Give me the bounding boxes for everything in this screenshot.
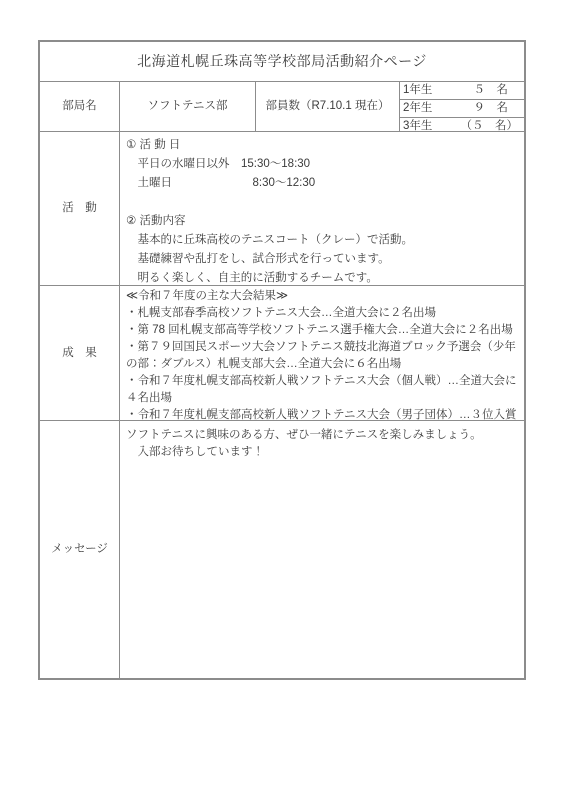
- message-line: 入部お待ちしています！: [126, 444, 519, 461]
- club-name-value: ソフトテニス部: [120, 82, 256, 131]
- activity-line: 土曜日 8:30～12:30: [126, 174, 519, 193]
- member-row-grade1: 1年生 ５ 名: [400, 82, 524, 100]
- member-count-table: 1年生 ５ 名 2年生 ９ 名 3年生 （５ 名）: [400, 82, 524, 131]
- results-line: ・第７９回国民スポーツ大会ソフトテニス競技北海道ブロック予選会（少年の部：ダブル…: [126, 339, 519, 373]
- grade2-label: 2年生: [403, 100, 432, 117]
- activity-line: 明るく楽しく、自主的に活動するチームです。: [126, 269, 519, 285]
- club-info-row: 部局名 ソフトテニス部 部員数（R7.10.1 現在） 1年生 ５ 名 2年生 …: [40, 82, 524, 132]
- member-row-grade2: 2年生 ９ 名: [400, 100, 524, 118]
- results-line: ・札幌支部春季高校ソフトテニス大会…全道大会に２名出場: [126, 305, 519, 322]
- activity-line: ① 活 動 日: [126, 136, 519, 155]
- activity-row: 活 動 ① 活 動 日 平日の水曜日以外 15:30～18:30 土曜日 8:3…: [40, 132, 524, 286]
- grade1-label: 1年生: [403, 82, 432, 99]
- page-title: 北海道札幌丘珠高等学校部局活動紹介ページ: [40, 42, 524, 82]
- document-page: 北海道札幌丘珠高等学校部局活動紹介ページ 部局名 ソフトテニス部 部員数（R7.…: [0, 0, 566, 800]
- activity-label: 活 動: [40, 132, 120, 285]
- message-line: ソフトテニスに興味のある方、ぜひ一緒にテニスを楽しみましょう。: [126, 427, 519, 444]
- results-heading: ≪令和７年度の主な大会結果≫: [126, 288, 519, 305]
- member-count-label: 部員数（R7.10.1 現在）: [256, 82, 400, 131]
- message-label: メッセージ: [40, 421, 120, 678]
- club-name-label: 部局名: [40, 82, 120, 131]
- club-intro-table: 北海道札幌丘珠高等学校部局活動紹介ページ 部局名 ソフトテニス部 部員数（R7.…: [38, 40, 526, 680]
- message-content: ソフトテニスに興味のある方、ぜひ一緒にテニスを楽しみましょう。 入部お待ちしてい…: [120, 421, 524, 678]
- results-label: 成 果: [40, 286, 120, 420]
- grade1-count: ５ 名: [474, 82, 522, 99]
- grade2-count: ９ 名: [474, 100, 522, 117]
- results-content: ≪令和７年度の主な大会結果≫ ・札幌支部春季高校ソフトテニス大会…全道大会に２名…: [120, 286, 524, 420]
- activity-line: 基本的に丘珠高校のテニスコート（クレー）で活動。: [126, 231, 519, 250]
- activity-line: 平日の水曜日以外 15:30～18:30: [126, 155, 519, 174]
- results-row: 成 果 ≪令和７年度の主な大会結果≫ ・札幌支部春季高校ソフトテニス大会…全道大…: [40, 286, 524, 421]
- message-row: メッセージ ソフトテニスに興味のある方、ぜひ一緒にテニスを楽しみましょう。 入部…: [40, 421, 524, 678]
- activity-line: 基礎練習や乱打をし、試合形式を行っています。: [126, 250, 519, 269]
- activity-line: [126, 193, 519, 212]
- results-line: ・令和７年度札幌支部高校新人戦ソフトテニス大会（男子団体）…３位入賞: [126, 407, 519, 420]
- results-line: ・第 78 回札幌支部高等学校ソフトテニス選手権大会…全道大会に２名出場: [126, 322, 519, 339]
- activity-line: ② 活動内容: [126, 212, 519, 231]
- results-line: ・令和７年度札幌支部高校新人戦ソフトテニス大会（個人戦）…全道大会に４名出場: [126, 373, 519, 407]
- activity-content: ① 活 動 日 平日の水曜日以外 15:30～18:30 土曜日 8:30～12…: [120, 132, 524, 285]
